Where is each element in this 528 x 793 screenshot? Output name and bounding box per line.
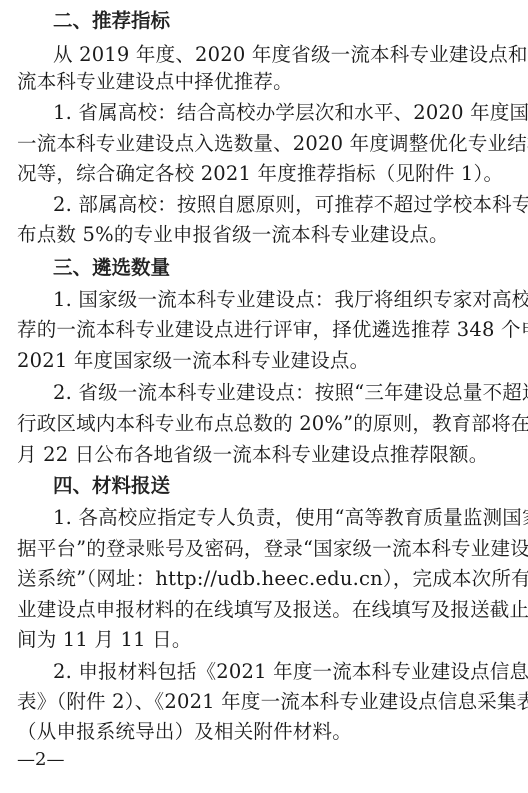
paragraph-line: 一流本科专业建设点入选数量、2020 年度调整优化专业结构情 (17, 132, 511, 156)
paragraph-line: 间为 11 月 11 日。 (17, 628, 511, 652)
section-heading: 三、遴选数量 (53, 256, 170, 280)
paragraph-line: 况等，综合确定各校 2021 年度推荐指标（见附件 1）。 (17, 162, 511, 186)
paragraph-line: 业建设点申报材料的在线填写及报送。在线填写及报送截止时 (17, 598, 511, 622)
paragraph-line: （从申报系统导出）及相关附件材料。 (17, 720, 511, 744)
paragraph-line: 布点数 5%的专业申报省级一流本科专业建设点。 (17, 223, 511, 247)
paragraph-line: 流本科专业建设点中择优推荐。 (17, 70, 511, 94)
paragraph-line: 2. 申报材料包括《2021 年度一流本科专业建设点信息汇总 (53, 660, 511, 684)
paragraph-line: 月 22 日公布各地省级一流本科专业建设点推荐限额。 (17, 443, 511, 467)
paragraph-line: 荐的一流本科专业建设点进行评审，择优遴选推荐 348 个申报 (17, 318, 511, 342)
paragraph-line: 1. 省属高校：结合高校办学层次和水平、2020 年度国家级 (53, 101, 511, 125)
section-heading: 二、推荐指标 (53, 9, 170, 33)
paragraph-line: 2021 年度国家级一流本科专业建设点。 (17, 349, 511, 373)
paragraph-line: 1. 国家级一流本科专业建设点：我厅将组织专家对高校推 (53, 288, 511, 312)
paragraph-line: 表》（附件 2）、《2021 年度一流本科专业建设点信息采集表》 (17, 690, 511, 714)
document-page: 二、推荐指标 从 2019 年度、2020 年度省级一流本科专业建设点和校级一 … (0, 0, 528, 793)
paragraph-line: 送系统”（网址：http://udb.heec.edu.cn），完成本次所有一流… (17, 567, 511, 591)
paragraph-line: 据平台”的登录账号及密码，登录“国家级一流本科专业建设报 (17, 537, 511, 561)
paragraph-line: 行政区域内本科专业布点总数的 20%”的原则，教育部将在 11 (17, 412, 511, 436)
paragraph-line: 2. 部属高校：按照自愿原则，可推荐不超过学校本科专业 (53, 193, 511, 217)
paragraph-line: 1. 各高校应指定专人负责，使用“高等教育质量监测国家数 (53, 506, 511, 530)
paragraph-line: 从 2019 年度、2020 年度省级一流本科专业建设点和校级一 (53, 43, 511, 67)
page-number: —2— (17, 748, 64, 772)
section-heading: 四、材料报送 (53, 474, 170, 498)
paragraph-line: 2. 省级一流本科专业建设点：按照“三年建设总量不超过本 (53, 381, 511, 405)
